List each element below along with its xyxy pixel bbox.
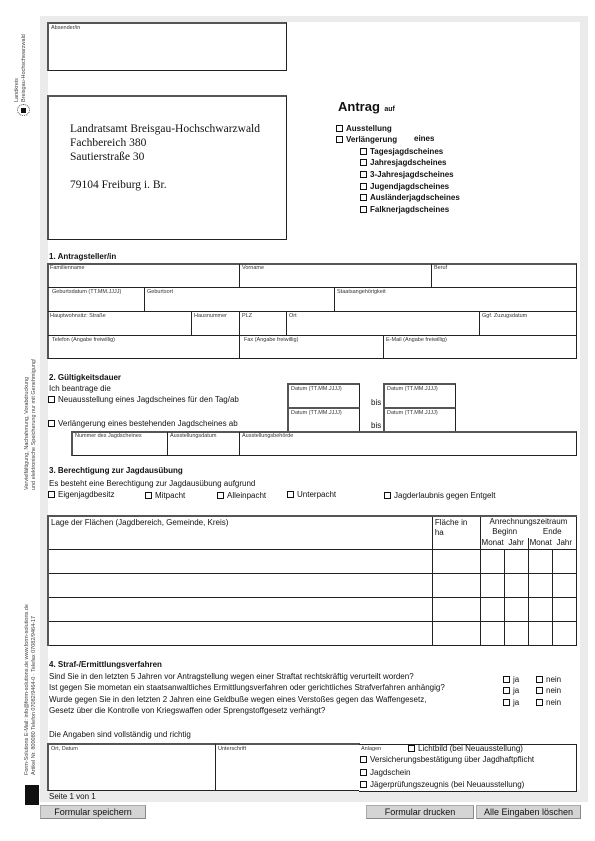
question-3-cont: Gesetz über die Kontrolle von Kriegswaff… — [49, 706, 325, 715]
flaeche-cell[interactable] — [432, 621, 480, 645]
verl-date-to-field[interactable]: Datum (TT.MM.JJJJ) — [383, 407, 456, 432]
type-label: 3-Jahresjagdscheines — [370, 170, 454, 179]
bis-label: bis — [371, 398, 381, 407]
beginn-monat-cell[interactable] — [480, 621, 504, 645]
option-unterpacht[interactable]: Unterpacht — [287, 490, 336, 499]
ausstellungsdatum-field[interactable]: Ausstellungsdatum — [168, 432, 240, 455]
type-jugendjagdschein[interactable]: Jugendjagdscheines — [360, 182, 449, 191]
familienname-field[interactable]: Familienname — [48, 264, 240, 288]
print-form-button[interactable]: Formular drucken — [366, 805, 474, 819]
checkbox[interactable] — [360, 781, 367, 788]
neu-date-to-field[interactable]: Datum (TT.MM.JJJJ) — [383, 383, 456, 408]
ende-jahr-header: Jahr — [552, 538, 576, 549]
checkbox[interactable] — [287, 491, 294, 498]
option-label: Neuausstellung eines Jagdscheines für de… — [58, 395, 239, 404]
staatsangehoerigkeit-field[interactable]: Staatsangehörigkeit — [335, 288, 576, 312]
checkbox[interactable] — [408, 745, 415, 752]
lage-cell[interactable] — [48, 573, 432, 597]
lage-cell[interactable] — [48, 621, 432, 645]
col-lage-header: Lage der Flächen (Jagdbereich, Gemeinde,… — [48, 516, 432, 549]
checkbox[interactable] — [503, 687, 510, 694]
form-solutions-logo-icon — [25, 785, 39, 805]
option-label: Ausstellung — [346, 124, 392, 133]
verl-date-from-field[interactable]: Datum (TT.MM.JJJJ) — [287, 407, 360, 432]
type-3-jahresjagdschein[interactable]: 3-Jahresjagdscheines — [360, 170, 454, 179]
field-label: PLZ — [242, 313, 252, 319]
checkbox[interactable] — [503, 699, 510, 706]
field-label: Ausstellungsdatum — [170, 433, 216, 439]
type-label: Jugendjagdscheines — [370, 182, 449, 191]
beginn-header: Beginn — [480, 527, 528, 538]
bis-label: bis — [371, 421, 381, 430]
checkbox[interactable] — [360, 756, 367, 763]
beginn-jahr-cell[interactable] — [504, 597, 528, 621]
table-row — [48, 549, 577, 573]
neu-date-from-field[interactable]: Datum (TT.MM.JJJJ) — [287, 383, 360, 408]
beginn-monat-cell[interactable] — [480, 597, 504, 621]
authority-logo-text: Landkreis Breisgau-Hochschwarzwald — [14, 34, 27, 102]
strasse-field[interactable]: Hauptwohnsitz: Straße — [48, 312, 192, 336]
field-label: Unterschrift — [218, 746, 246, 752]
plz-field[interactable]: PLZ — [240, 312, 287, 336]
type-tagesjagdschein[interactable]: Tagesjagdscheines — [360, 147, 443, 156]
field-label: Hauptwohnsitz: Straße — [50, 313, 106, 319]
option-ausstellung[interactable]: Ausstellung — [336, 124, 392, 133]
option-label: Verlängerung — [346, 135, 397, 144]
ort-field[interactable]: Ort — [287, 312, 480, 336]
option-verlaengerung-bestehend[interactable]: Verlängerung eines bestehenden Jagdschei… — [48, 419, 238, 428]
zuzugsdatum-field[interactable]: Ggf. Zuzugsdatum — [480, 312, 576, 336]
checkbox[interactable] — [336, 125, 343, 132]
publisher-line-1: Form-Solutions E-Mail: info@form-solutio… — [24, 604, 31, 775]
beginn-jahr-header: Jahr — [504, 538, 528, 549]
anlage-jagdschein[interactable]: Jagdschein — [360, 768, 410, 777]
col-zeitraum-header: Anrechnungszeitraum — [480, 516, 576, 527]
checkbox[interactable] — [48, 420, 55, 427]
type-jahresjagdschein[interactable]: Jahresjagdscheines — [360, 158, 446, 167]
checkbox[interactable] — [145, 492, 152, 499]
ende-monat-cell[interactable] — [528, 549, 552, 573]
authority-logo-icon — [17, 104, 30, 116]
option-label: ja — [513, 686, 519, 695]
section-3-title: 3. Berechtigung zur Jagdausübung — [49, 466, 183, 475]
field-label: Ggf. Zuzugsdatum — [482, 313, 527, 319]
beginn-jahr-cell[interactable] — [504, 549, 528, 573]
option-label: ja — [513, 698, 519, 707]
vorname-field[interactable]: Vorname — [240, 264, 432, 288]
sender-field[interactable]: Absender/in — [47, 22, 287, 71]
hausnummer-field[interactable]: Hausnummer — [192, 312, 240, 336]
recipient-line: Fachbereich 380 — [70, 136, 260, 150]
field-label: Geburtsdatum (TT.MM.JJJJ) — [52, 289, 121, 295]
anlage-lichtbild[interactable]: Lichtbild (bei Neuausstellung) — [408, 744, 523, 753]
option-label: ja — [513, 675, 519, 684]
ende-jahr-cell[interactable] — [552, 549, 576, 573]
ausstellungsbehoerde-field[interactable]: Ausstellungsbehörde — [240, 432, 576, 455]
q2-nein[interactable]: nein — [536, 686, 561, 695]
field-label: Geburtsort — [147, 289, 173, 295]
q1-nein[interactable]: nein — [536, 675, 561, 684]
field-label: Hausnummer — [194, 313, 227, 319]
q3-nein[interactable]: nein — [536, 698, 561, 707]
jagdschein-nummer-field[interactable]: Nummer des Jagdscheines — [72, 432, 168, 455]
beginn-monat-header: Monat — [480, 538, 504, 549]
option-verlaengerung[interactable]: Verlängerung — [336, 135, 397, 144]
beginn-jahr-cell[interactable] — [504, 621, 528, 645]
beruf-field[interactable]: Beruf — [432, 264, 576, 288]
field-label: Nummer des Jagdscheines — [75, 433, 142, 439]
q1-ja[interactable]: ja — [503, 675, 519, 684]
option-label: nein — [546, 686, 561, 695]
option-alleinpacht[interactable]: Alleinpacht — [217, 491, 266, 500]
field-label: Ort, Datum — [51, 746, 78, 752]
ende-monat-cell[interactable] — [528, 573, 552, 597]
question-2: Ist gegen Sie mometan ein staatsanwaltli… — [49, 683, 445, 692]
field-label: Datum (TT.MM.JJJJ) — [291, 410, 342, 416]
email-field[interactable]: E-Mail (Angabe freiwillig) — [384, 336, 576, 359]
type-auslaenderjagdschein[interactable]: Ausländerjagdscheines — [360, 193, 460, 202]
confirm-text: Die Angaben sind vollständig und richtig — [49, 730, 191, 739]
ort-datum-field[interactable]: Ort, Datum — [47, 743, 216, 791]
option-label: Versicherungsbestätigung über Jagdhaftpf… — [370, 755, 534, 764]
type-label: Ausländerjagdscheines — [370, 193, 460, 202]
table-row — [48, 597, 577, 621]
recipient-line: Landratsamt Breisgau-Hochschwarzwald — [70, 122, 260, 136]
publisher-line-2: Artikel Nr. 800080 Telefon 07082/9464-0 … — [31, 604, 38, 775]
option-label: Jagdschein — [370, 768, 410, 777]
checkbox[interactable] — [384, 492, 391, 499]
checkbox[interactable] — [336, 136, 343, 143]
lage-cell[interactable] — [48, 549, 432, 573]
field-label: Datum (TT.MM.JJJJ) — [291, 386, 342, 392]
section-3-intro: Es besteht eine Berechtigung zur Jagdaus… — [49, 479, 255, 488]
field-label: E-Mail (Angabe freiwillig) — [386, 337, 447, 343]
antrag-suffix: auf — [384, 106, 395, 113]
publisher-info: Form-Solutions E-Mail: info@form-solutio… — [24, 604, 37, 775]
field-label: Beruf — [434, 265, 447, 271]
eines-label: eines — [414, 134, 434, 143]
section-2-intro: Ich beantrage die — [49, 384, 111, 393]
geburtsdatum-field[interactable]: Geburtsdatum (TT.MM.JJJJ) — [48, 288, 145, 312]
clear-form-button[interactable]: Alle Eingaben löschen — [476, 805, 581, 819]
field-label: Telefon (Angabe freiwillig) — [52, 337, 115, 343]
option-eigenjagdbesitz[interactable]: Eigenjagdbesitz — [48, 490, 114, 499]
beginn-jahr-cell[interactable] — [504, 573, 528, 597]
sender-label: Absender/in — [51, 25, 80, 31]
option-label: Unterpacht — [297, 490, 336, 499]
geburtsort-field[interactable]: Geburtsort — [145, 288, 335, 312]
anlagen-label: Anlagen — [361, 746, 381, 752]
antrag-heading: Antrag auf — [338, 98, 395, 116]
save-form-button[interactable]: Formular speichern — [40, 805, 146, 819]
recipient-line: 79104 Freiburg i. Br. — [70, 178, 260, 192]
ende-jahr-cell[interactable] — [552, 573, 576, 597]
copyright-note: Vervielfältigung, Nachahmung, Vorabdruck… — [24, 359, 37, 490]
checkbox[interactable] — [536, 676, 543, 683]
field-label: Staatsangehörigkeit — [337, 289, 386, 295]
copyright-line-1: Vervielfältigung, Nachahmung, Vorabdruck… — [24, 359, 31, 490]
checkbox[interactable] — [360, 206, 367, 213]
question-1: Sind Sie in den letzten 5 Jahren vor Ant… — [49, 672, 414, 681]
anlage-jaegerpruefung[interactable]: Jägerprüfungszeugnis (bei Neuausstellung… — [360, 780, 524, 789]
checkbox[interactable] — [360, 769, 367, 776]
field-label: Ausstellungsbehörde — [242, 433, 293, 439]
field-label: Ort — [289, 313, 297, 319]
type-label: Jahresjagdscheines — [370, 158, 446, 167]
beginn-monat-cell[interactable] — [480, 549, 504, 573]
section-2-title: 2. Gültigkeitsdauer — [49, 373, 121, 382]
fax-field[interactable]: Fax (Angabe freiwillig) — [240, 336, 384, 359]
field-label: Vorname — [242, 265, 264, 271]
option-label: nein — [546, 675, 561, 684]
telefon-field[interactable]: Telefon (Angabe freiwillig) — [48, 336, 240, 359]
option-label: Verlängerung eines bestehenden Jagdschei… — [58, 419, 238, 428]
option-label: Lichtbild (bei Neuausstellung) — [418, 744, 523, 753]
option-label: Eigenjagdbesitz — [58, 490, 114, 499]
beginn-monat-cell[interactable] — [480, 573, 504, 597]
checkbox[interactable] — [48, 491, 55, 498]
ende-monat-cell[interactable] — [528, 621, 552, 645]
checkbox[interactable] — [503, 676, 510, 683]
checkbox[interactable] — [217, 492, 224, 499]
checkbox[interactable] — [536, 699, 543, 706]
flaeche-cell[interactable] — [432, 549, 480, 573]
type-label: Tagesjagdscheines — [370, 147, 443, 156]
ende-jahr-cell[interactable] — [552, 621, 576, 645]
checkbox[interactable] — [536, 687, 543, 694]
checkbox[interactable] — [360, 183, 367, 190]
logo-line-2: Breisgau-Hochschwarzwald — [21, 34, 28, 102]
option-neuausstellung[interactable]: Neuausstellung eines Jagdscheines für de… — [48, 395, 239, 404]
q2-ja[interactable]: ja — [503, 686, 519, 695]
checkbox[interactable] — [360, 148, 367, 155]
flaeche-cell[interactable] — [432, 597, 480, 621]
question-3: Wurde gegen Sie in den letzten 2 Jahren … — [49, 695, 426, 704]
antrag-title: Antrag — [338, 99, 380, 114]
ende-header: Ende — [528, 527, 576, 538]
table-row — [48, 573, 577, 597]
ende-monat-header: Monat — [528, 538, 552, 549]
flaechen-table: Lage der Flächen (Jagdbereich, Gemeinde,… — [47, 515, 577, 646]
checkbox[interactable] — [360, 171, 367, 178]
recipient-line: Sautierstraße 30 — [70, 150, 260, 164]
type-falknerjagdschein[interactable]: Falknerjagdscheines — [360, 205, 449, 214]
field-label: Datum (TT.MM.JJJJ) — [387, 410, 438, 416]
ende-monat-cell[interactable] — [528, 597, 552, 621]
option-label: Jägerprüfungszeugnis (bei Neuausstellung… — [370, 780, 524, 789]
page-indicator: Seite 1 von 1 — [49, 792, 96, 801]
field-label: Familienname — [50, 265, 85, 271]
ende-jahr-cell[interactable] — [552, 597, 576, 621]
section-1-title: 1. Antragsteller/in — [49, 252, 116, 261]
copyright-line-2: und elektronische Speicherung nur mit Ge… — [31, 359, 38, 490]
option-label: Jagderlaubnis gegen Entgelt — [394, 491, 495, 500]
option-label: Mitpacht — [155, 491, 185, 500]
anlage-versicherung[interactable]: Versicherungsbestätigung über Jagdhaftpf… — [360, 755, 534, 764]
option-jagderlaubnis[interactable]: Jagderlaubnis gegen Entgelt — [384, 491, 495, 500]
checkbox[interactable] — [48, 396, 55, 403]
unterschrift-field[interactable]: Unterschrift — [215, 743, 360, 791]
checkbox[interactable] — [360, 159, 367, 166]
table-row — [48, 621, 577, 645]
lage-cell[interactable] — [48, 597, 432, 621]
option-mitpacht[interactable]: Mitpacht — [145, 491, 185, 500]
recipient-address: Landratsamt Breisgau-Hochschwarzwald Fac… — [70, 122, 260, 192]
field-label: Fax (Angabe freiwillig) — [244, 337, 298, 343]
field-label: Datum (TT.MM.JJJJ) — [387, 386, 438, 392]
q3-ja[interactable]: ja — [503, 698, 519, 707]
section-4-title: 4. Straf-/Ermittlungsverfahren — [49, 660, 162, 669]
option-label: nein — [546, 698, 561, 707]
type-label: Falknerjagdscheines — [370, 205, 449, 214]
checkbox[interactable] — [360, 194, 367, 201]
option-label: Alleinpacht — [227, 491, 266, 500]
col-flaeche-header: Fläche in ha — [432, 516, 480, 549]
flaeche-cell[interactable] — [432, 573, 480, 597]
